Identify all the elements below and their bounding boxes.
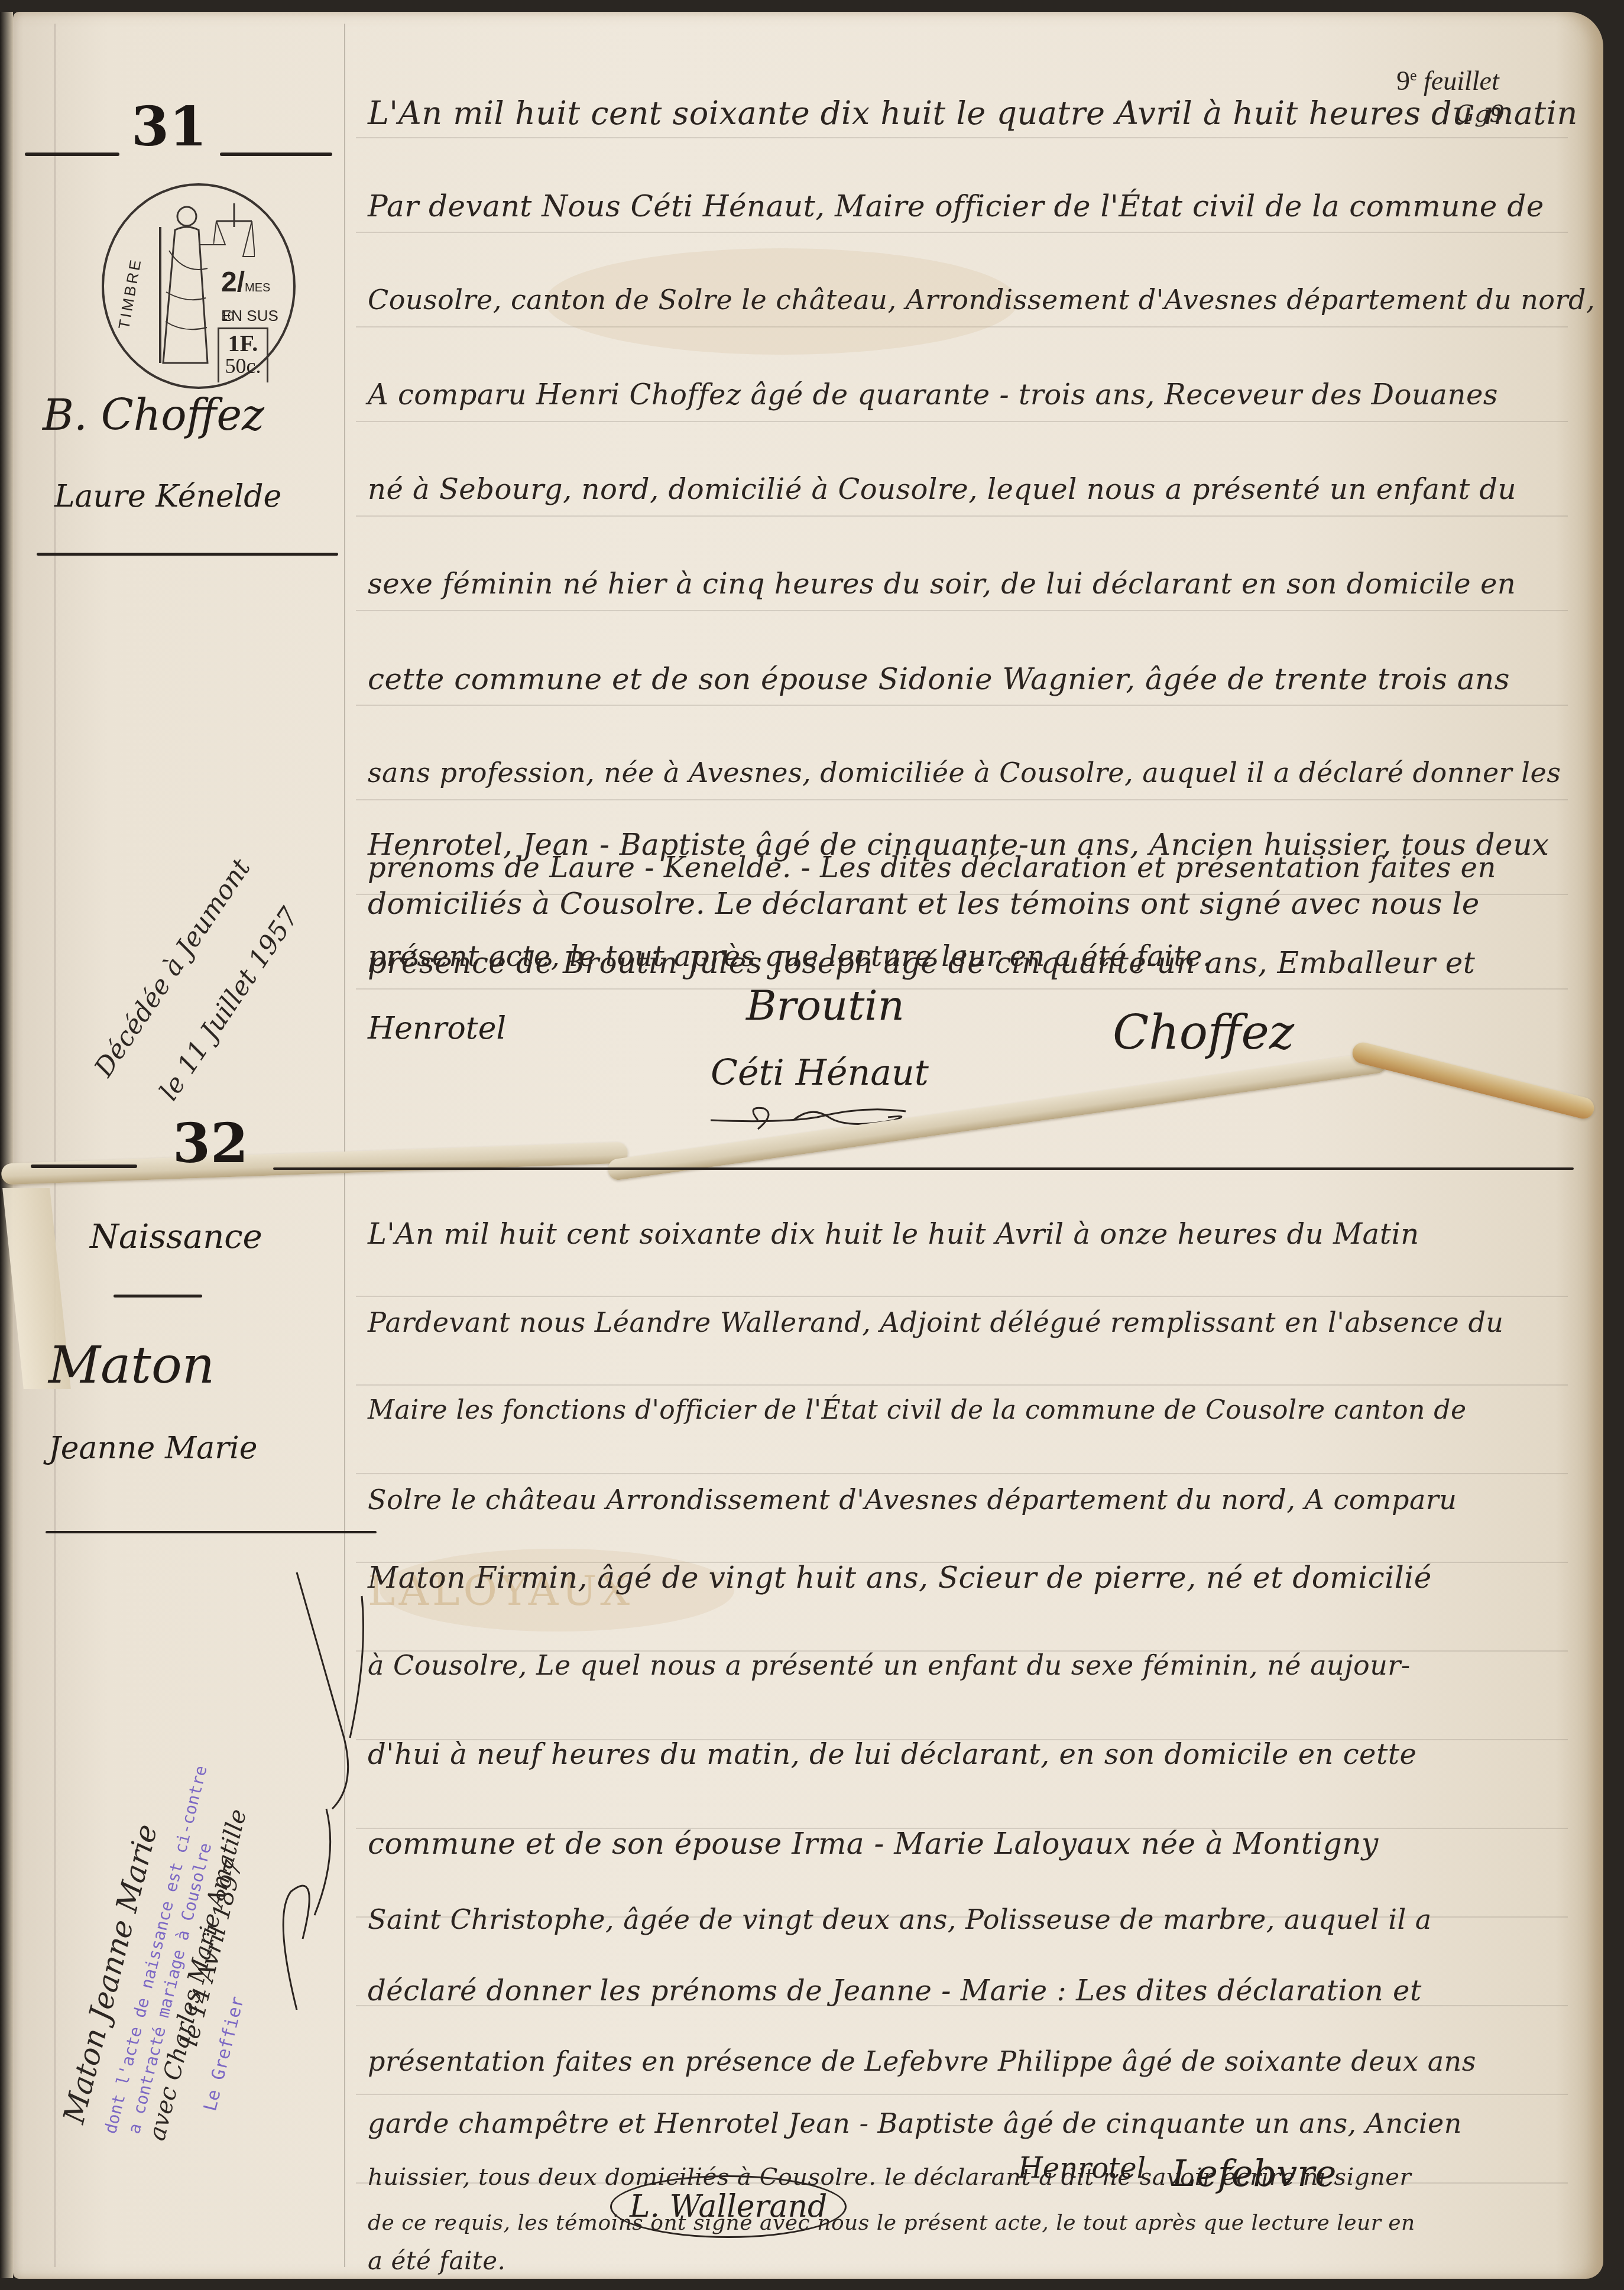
entry-number-dash-left bbox=[31, 1165, 137, 1168]
margin-type-dash bbox=[114, 1295, 202, 1298]
body-line: Henrotel, Jean - Baptiste âgé de cinquan… bbox=[368, 828, 1550, 862]
signature-mayor: Céti Hénaut bbox=[711, 1052, 929, 1094]
binding-thread-tag bbox=[1350, 1040, 1596, 1121]
margin-surname: Maton bbox=[48, 1336, 215, 1395]
signature-choffez: Choffez bbox=[1113, 1005, 1294, 1060]
body-line: Maire les fonctions d'officier de l'État… bbox=[368, 1395, 1467, 1425]
binding-edge bbox=[0, 12, 13, 2278]
body-line: déclaré donner les prénoms de Jeanne - M… bbox=[368, 1974, 1422, 2007]
margin-entry-type: Naissance bbox=[90, 1218, 262, 1256]
body-line: d'hui à neuf heures du matin, de lui déc… bbox=[368, 1738, 1416, 1771]
body-line: commune et de son épouse Irma - Marie La… bbox=[368, 1827, 1379, 1861]
body-line: Solre le château Arrondissement d'Avesne… bbox=[368, 1484, 1457, 1516]
signature-henrotel: Henrotel bbox=[368, 1011, 506, 1046]
body-line: garde champêtre et Henrotel Jean - Bapti… bbox=[368, 2107, 1462, 2139]
binding-thread bbox=[1, 1142, 628, 1185]
body-line: présent acte, le tout après que lecture … bbox=[368, 940, 1212, 973]
margin-given-names: Jeanne Marie bbox=[48, 1431, 257, 1466]
body-line: de ce requis, les témoins ont signé avec… bbox=[368, 2211, 1415, 2235]
signature-lefebvre: Lefebvre bbox=[1172, 2152, 1337, 2195]
body-line: L'An mil huit cent soixante dix huit le … bbox=[368, 1218, 1419, 1251]
margin-separator bbox=[46, 1531, 377, 1533]
entry-number: 32 bbox=[173, 1111, 248, 1175]
body-line: Saint Christophe, âgée de vingt deux ans… bbox=[368, 1903, 1432, 1935]
body-line: a été faite. bbox=[368, 2246, 505, 2275]
entry-separator-rule bbox=[273, 1167, 1574, 1170]
body-line: domiciliés à Cousolre. Le déclarant et l… bbox=[368, 887, 1480, 921]
signature-wallerand: L. Wallerand bbox=[610, 2175, 847, 2238]
body-line: Maton Firmin, âgé de vingt huit ans, Sci… bbox=[368, 1561, 1432, 1595]
signature-broutin: Broutin bbox=[746, 981, 905, 1030]
signature-henrotel: Henrotel bbox=[1018, 2152, 1146, 2185]
page-overlay: Henrotel, Jean - Baptiste âgé de cinquan… bbox=[13, 12, 1603, 2279]
clerk-paraph-icon bbox=[261, 1561, 368, 2010]
body-line: présentation faites en présence de Lefeb… bbox=[368, 2045, 1476, 2077]
body-line: à Cousolre, Le quel nous a présenté un e… bbox=[368, 1649, 1411, 1681]
body-line: Pardevant nous Léandre Wallerand, Adjoin… bbox=[368, 1306, 1503, 1338]
